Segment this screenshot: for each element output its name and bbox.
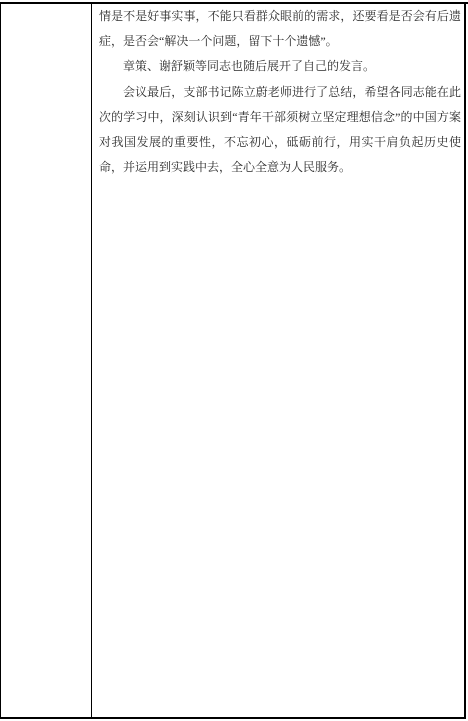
paragraph-summary: 会议最后，支部书记陈立蔚老师进行了总结，希望各同志能在此次的学习中，深刻认识到“… bbox=[99, 80, 461, 181]
paragraph-continuation: 情是不是好事实事，不能只看群众眼前的需求，还要看是否会有后遗症，是否会“解决一个… bbox=[99, 4, 461, 54]
paragraph-speeches: 章策、谢舒颖等同志也随后展开了自己的发言。 bbox=[99, 54, 461, 79]
table-label-cell-empty bbox=[1, 4, 92, 717]
table-content-cell: 情是不是好事实事，不能只看群众眼前的需求，还要看是否会有后遗症，是否会“解决一个… bbox=[92, 4, 464, 717]
document-page: 情是不是好事实事，不能只看群众眼前的需求，还要看是否会有后遗症，是否会“解决一个… bbox=[0, 0, 468, 721]
meeting-minutes-table: 情是不是好事实事，不能只看群众眼前的需求，还要看是否会有后遗症，是否会“解决一个… bbox=[0, 2, 466, 719]
